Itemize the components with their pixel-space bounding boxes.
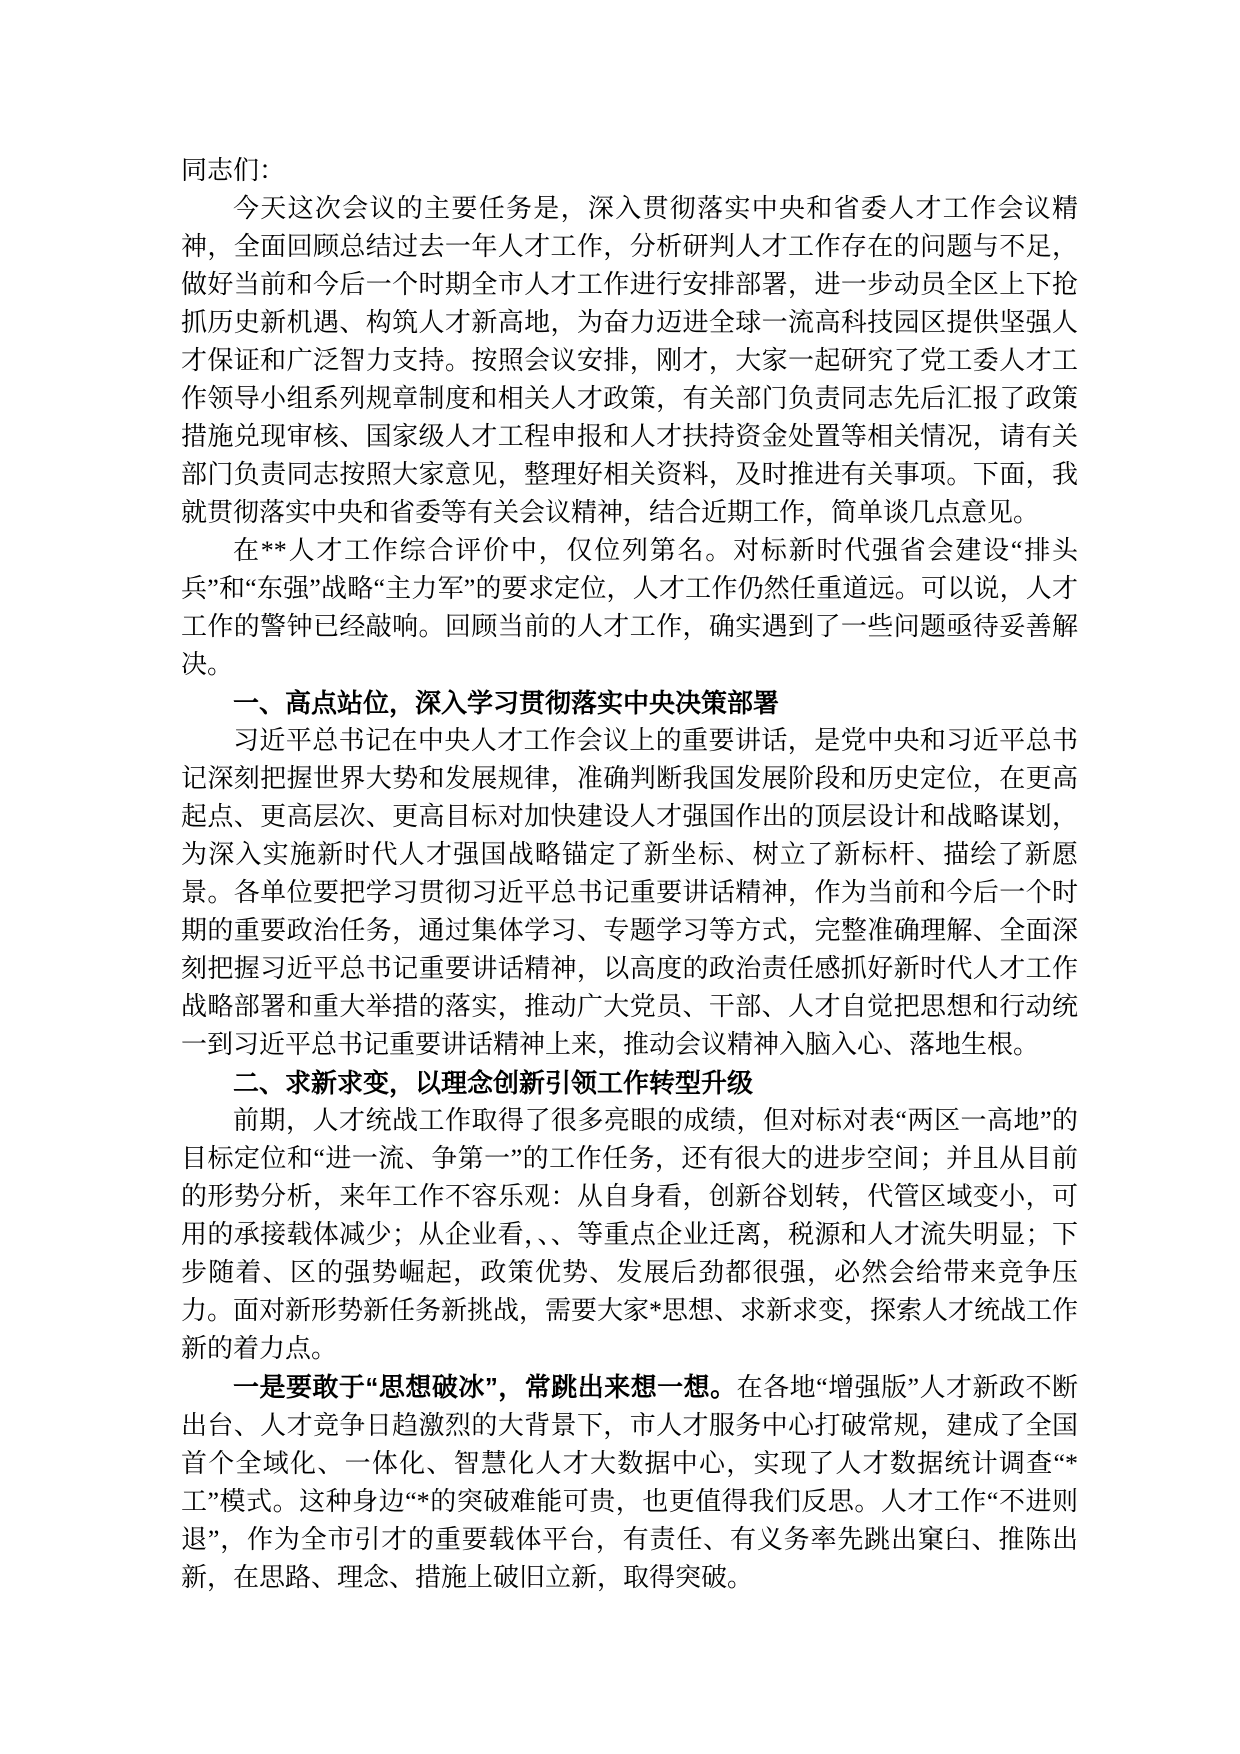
paragraph-meeting-tasks: 今天这次会议的主要任务是，深入贯彻落实中央和省委人才工作会议精神，全面回顾总结过…	[181, 190, 1078, 532]
paragraph-section2-body: 前期，人才统战工作取得了很多亮眼的成绩，但对标对表“两区一高地”的目标定位和“进…	[181, 1102, 1078, 1368]
paragraph-point-one: 一是要敢于“思想破冰”，常跳出来想一想。在各地“增强版”人才新政不断出台、人才竞…	[181, 1368, 1078, 1597]
paragraph-evaluation-status: 在**人才工作综合评价中，仅位列第名。对标新时代强省会建设“排头兵”和“东强”战…	[181, 532, 1078, 684]
section-heading-1: 一、高点站位，深入学习贯彻落实中央决策部署	[181, 684, 1078, 722]
salutation: 同志们：	[181, 152, 1078, 190]
section-heading-2: 二、求新求变，以理念创新引领工作转型升级	[181, 1064, 1078, 1102]
paragraph-point-one-lead: 一是要敢于“思想破冰”，常跳出来想一想。	[233, 1372, 737, 1402]
paragraph-point-one-text: 在各地“增强版”人才新政不断出台、人才竞争日趋激烈的大背景下，市人才服务中心打破…	[181, 1373, 1078, 1592]
paragraph-section1-body: 习近平总书记在中央人才工作会议上的重要讲话，是党中央和习近平总书记深刻把握世界大…	[181, 722, 1078, 1064]
document-page: 同志们： 今天这次会议的主要任务是，深入贯彻落实中央和省委人才工作会议精神，全面…	[0, 0, 1240, 1754]
